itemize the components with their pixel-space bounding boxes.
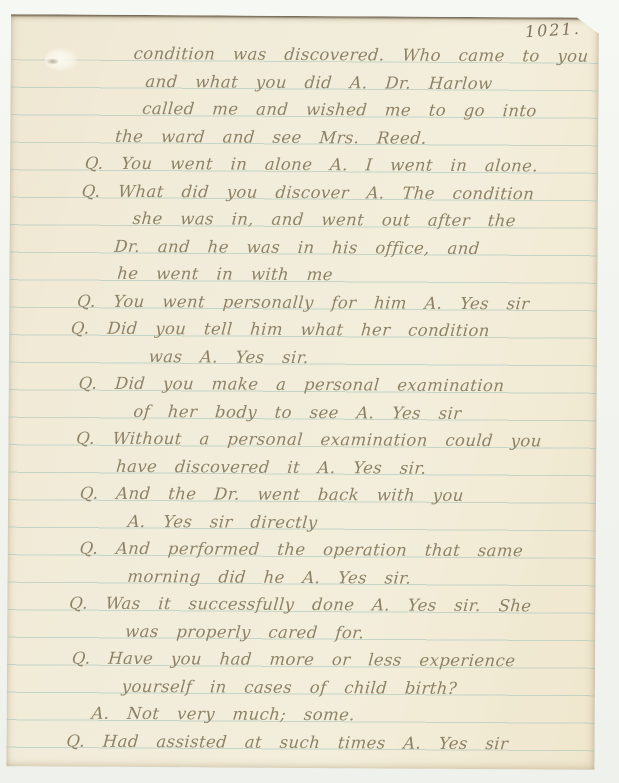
handwriting-line: he went in with me bbox=[116, 262, 334, 287]
handwriting-line: Q. Have you had more or less experience bbox=[71, 647, 516, 674]
handwriting-line: yourself in cases of child birth? bbox=[121, 674, 458, 700]
handwriting-line: condition was discovered. Who came to yo… bbox=[133, 42, 590, 69]
handwriting-line: she was in, and went out after the bbox=[132, 207, 517, 233]
handwriting-line: A. Not very much; some. bbox=[91, 702, 356, 728]
handwriting-line: and what you did A. Dr. Harlow bbox=[145, 70, 494, 96]
page-number: 1021. bbox=[524, 19, 581, 42]
handwriting-line: Q. You went in alone A. I went in alone. bbox=[84, 152, 539, 179]
handwriting-line: of her body to see A. Yes sir bbox=[133, 399, 463, 425]
handwriting-line: was properly cared for. bbox=[124, 619, 365, 644]
handwriting-line: the ward and see Mrs. Reed. bbox=[114, 124, 428, 150]
handwriting-line: A. Yes sir directly bbox=[127, 509, 319, 534]
paper-smudge-speck bbox=[47, 58, 59, 64]
handwriting-line: Q. Had assisted at such times A. Yes sir bbox=[65, 729, 509, 756]
handwriting-line: Q. What did you discover A. The conditio… bbox=[81, 179, 535, 206]
handwriting-line: morning did he A. Yes sir. bbox=[126, 564, 412, 590]
handwriting-line: have discovered it A. Yes sir. bbox=[115, 454, 427, 480]
handwriting-lines: condition was discovered. Who came to yo… bbox=[11, 14, 599, 18]
handwriting-line: Q. And performed the operation that same bbox=[79, 537, 524, 564]
handwriting-line: Q. Was it successfully done A. Yes sir. … bbox=[68, 592, 532, 619]
handwriting-line: Q. Without a personal examination could … bbox=[75, 427, 542, 454]
handwriting-line: called me and wished me to go into bbox=[141, 97, 537, 123]
handwriting-line: Q. Did you tell him what her condition bbox=[70, 317, 491, 344]
handwriting-line: was A. Yes sir. bbox=[148, 345, 310, 370]
manuscript-page: 1021. condition was discovered. Who came… bbox=[6, 14, 599, 770]
handwriting-line: Q. You went personally for him A. Yes si… bbox=[76, 289, 530, 316]
handwriting-line: Q. Did you make a personal examination bbox=[78, 372, 506, 399]
handwriting-line: Dr. and he was in his office, and bbox=[114, 234, 481, 260]
handwriting-line: Q. And the Dr. went back with you bbox=[79, 482, 465, 508]
